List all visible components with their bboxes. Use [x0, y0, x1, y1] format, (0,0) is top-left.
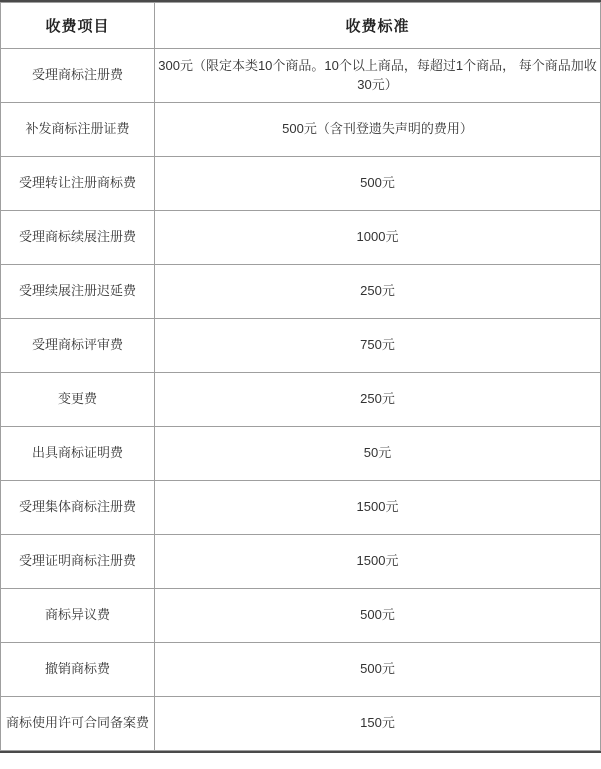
- fee-item-cell: 撤销商标费: [1, 643, 155, 697]
- fee-standard-cell: 500元: [155, 643, 601, 697]
- header-row: 收费项目 收费标准: [1, 3, 601, 49]
- fee-standard-cell: 150元: [155, 697, 601, 751]
- table-row: 商标使用许可合同备案费 150元: [1, 697, 601, 751]
- fee-item-cell: 出具商标证明费: [1, 427, 155, 481]
- fee-standard-cell: 50元: [155, 427, 601, 481]
- fee-item-cell: 受理证明商标注册费: [1, 535, 155, 589]
- table-row: 受理商标评审费 750元: [1, 319, 601, 373]
- table-row: 受理商标续展注册费 1000元: [1, 211, 601, 265]
- fee-item-cell: 受理商标注册费: [1, 49, 155, 103]
- fee-standard-cell: 750元: [155, 319, 601, 373]
- table-row: 变更费 250元: [1, 373, 601, 427]
- fee-schedule-page: 收费项目 收费标准 受理商标注册费 300元（限定本类10个商品。10个以上商品…: [0, 0, 601, 769]
- table-row: 受理集体商标注册费 1500元: [1, 481, 601, 535]
- fee-standard-cell: 1500元: [155, 535, 601, 589]
- header-fee-item: 收费项目: [1, 3, 155, 49]
- fee-table: 收费项目 收费标准 受理商标注册费 300元（限定本类10个商品。10个以上商品…: [0, 2, 601, 751]
- fee-standard-cell: 300元（限定本类10个商品。10个以上商品，每超过1个商品， 每个商品加收30…: [155, 49, 601, 103]
- fee-item-cell: 补发商标注册证费: [1, 103, 155, 157]
- fee-table-wrapper: 收费项目 收费标准 受理商标注册费 300元（限定本类10个商品。10个以上商品…: [0, 0, 601, 753]
- table-row: 受理续展注册迟延费 250元: [1, 265, 601, 319]
- fee-item-cell: 受理商标续展注册费: [1, 211, 155, 265]
- fee-standard-cell: 250元: [155, 265, 601, 319]
- table-row: 商标异议费 500元: [1, 589, 601, 643]
- fee-item-cell: 受理商标评审费: [1, 319, 155, 373]
- table-row: 受理商标注册费 300元（限定本类10个商品。10个以上商品，每超过1个商品， …: [1, 49, 601, 103]
- fee-table-body: 受理商标注册费 300元（限定本类10个商品。10个以上商品，每超过1个商品， …: [1, 49, 601, 751]
- table-row: 受理转让注册商标费 500元: [1, 157, 601, 211]
- fee-standard-cell: 500元: [155, 589, 601, 643]
- table-row: 出具商标证明费 50元: [1, 427, 601, 481]
- fee-item-cell: 受理续展注册迟延费: [1, 265, 155, 319]
- header-fee-standard: 收费标准: [155, 3, 601, 49]
- fee-item-cell: 受理转让注册商标费: [1, 157, 155, 211]
- fee-standard-cell: 500元（含刊登遗失声明的费用）: [155, 103, 601, 157]
- fee-item-cell: 商标使用许可合同备案费: [1, 697, 155, 751]
- fee-item-cell: 受理集体商标注册费: [1, 481, 155, 535]
- table-row: 补发商标注册证费 500元（含刊登遗失声明的费用）: [1, 103, 601, 157]
- table-row: 受理证明商标注册费 1500元: [1, 535, 601, 589]
- fee-standard-cell: 1500元: [155, 481, 601, 535]
- fee-standard-cell: 1000元: [155, 211, 601, 265]
- table-row: 撤销商标费 500元: [1, 643, 601, 697]
- fee-standard-cell: 500元: [155, 157, 601, 211]
- fee-item-cell: 变更费: [1, 373, 155, 427]
- fee-item-cell: 商标异议费: [1, 589, 155, 643]
- fee-standard-cell: 250元: [155, 373, 601, 427]
